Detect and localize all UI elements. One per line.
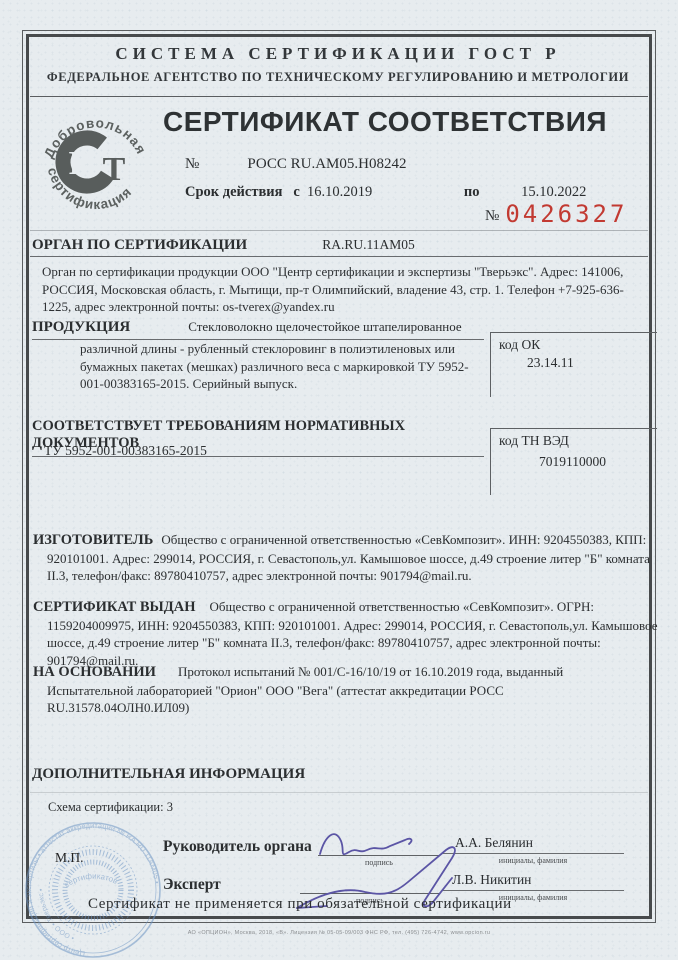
system-title: СИСТЕМА СЕРТИФИКАЦИИ ГОСТ Р: [22, 44, 654, 64]
expert-name: Л.В. Никитин: [452, 872, 531, 888]
expert-name-line: [442, 889, 624, 891]
print-shop-line: АО «ОПЦИОН», Москва, 2018, «В». Лицензия…: [0, 930, 678, 936]
product-first-line: Стекловолокно щелочестойкое штапелирован…: [188, 319, 461, 334]
product-label: ПРОДУКЦИЯ: [32, 319, 130, 335]
ok-code-label: код ОК: [499, 337, 540, 352]
additional-info-heading: ДОПОЛНИТЕЛЬНАЯ ИНФОРМАЦИЯ: [32, 766, 305, 783]
to-date: 15.10.2022: [521, 184, 586, 200]
blank-no-label: №: [485, 208, 499, 224]
product-heading-row: ПРОДУКЦИЯСтекловолокно щелочестойкое шта…: [32, 318, 484, 340]
validity-row: Срок действия с 16.10.2019 по 15.10.2022: [185, 184, 586, 201]
cert-number: РОСС RU.AM05.H08242: [247, 156, 406, 172]
tnved-code-box: код ТН ВЭД 7019110000: [490, 428, 657, 495]
bottom-note: Сертификат не применяется при обязательн…: [88, 896, 628, 913]
tnved-label: код ТН ВЭД: [499, 433, 569, 448]
header-divider: [30, 96, 648, 97]
product-text: различной длины - рубленный стеклоровинг…: [80, 340, 482, 393]
org-section-heading: ОРГАН ПО СЕРТИФИКАЦИИRA.RU.11AM05: [32, 236, 648, 254]
org-heading-underline: [30, 256, 648, 257]
stamp-place-label: М.П.: [55, 850, 84, 866]
additional-info-underline: [30, 792, 648, 793]
from-label: с: [293, 184, 299, 200]
org-text: Орган по сертификации продукции ООО "Цен…: [42, 263, 634, 316]
to-label: по: [464, 184, 480, 200]
head-signature-line: [318, 854, 440, 856]
ok-code-value: 23.14.11: [499, 355, 657, 371]
basis-label: НА ОСНОВАНИИ: [33, 664, 156, 680]
issued-label: СЕРТИФИКАТ ВЫДАН: [33, 599, 196, 615]
head-name-caption: инициалы, фамилия: [442, 856, 624, 865]
svg-text:Т: Т: [103, 151, 126, 188]
certificate-title: СЕРТИФИКАТ СООТВЕТСТВИЯ: [150, 106, 620, 138]
manufacturer-label: ИЗГОТОВИТЕЛЬ: [33, 532, 153, 548]
tnved-value: 7019110000: [499, 454, 657, 470]
certificate-page: СИСТЕМА СЕРТИФИКАЦИИ ГОСТ Р ФЕДЕРАЛЬНОЕ …: [0, 0, 678, 960]
head-name-line: [442, 852, 624, 854]
head-name: А.А. Белянин: [455, 835, 533, 851]
section-divider: [30, 230, 648, 231]
org-label: ОРГАН ПО СЕРТИФИКАЦИИ: [32, 237, 247, 253]
validity-label: Срок действия: [185, 184, 282, 200]
agency-title: ФЕДЕРАЛЬНОЕ АГЕНТСТВО ПО ТЕХНИЧЕСКОМУ РЕ…: [22, 70, 654, 85]
manufacturer-paragraph: ИЗГОТОВИТЕЛЬОбщество с ограниченной отве…: [33, 531, 661, 585]
expert-label: Эксперт: [163, 876, 221, 894]
ok-code-box: код ОК 23.14.11: [490, 332, 657, 397]
no-label: №: [185, 156, 199, 172]
svg-text:Р: Р: [69, 145, 90, 182]
blank-number: 0426327: [505, 200, 627, 228]
rst-logo-icon: Добровольная сертификация Р Т: [35, 98, 157, 220]
issued-paragraph: СЕРТИФИКАТ ВЫДАНОбщество с ограниченной …: [33, 598, 663, 669]
certification-scheme: Схема сертификации: 3: [48, 800, 173, 815]
blank-number-row: №0426327: [485, 200, 627, 228]
expert-signature-line: [300, 892, 440, 894]
from-date: 16.10.2019: [307, 184, 372, 200]
org-code: RA.RU.11AM05: [322, 237, 415, 252]
conformity-value: ТУ 5952-001-00383165-2015: [44, 443, 207, 459]
head-of-body-label: Руководитель органа: [163, 838, 312, 856]
head-signature-caption: подпись: [318, 858, 440, 867]
cert-number-row: №РОСС RU.AM05.H08242: [185, 156, 406, 173]
basis-paragraph: НА ОСНОВАНИИПротокол испытаний № 001/С-1…: [33, 663, 647, 717]
